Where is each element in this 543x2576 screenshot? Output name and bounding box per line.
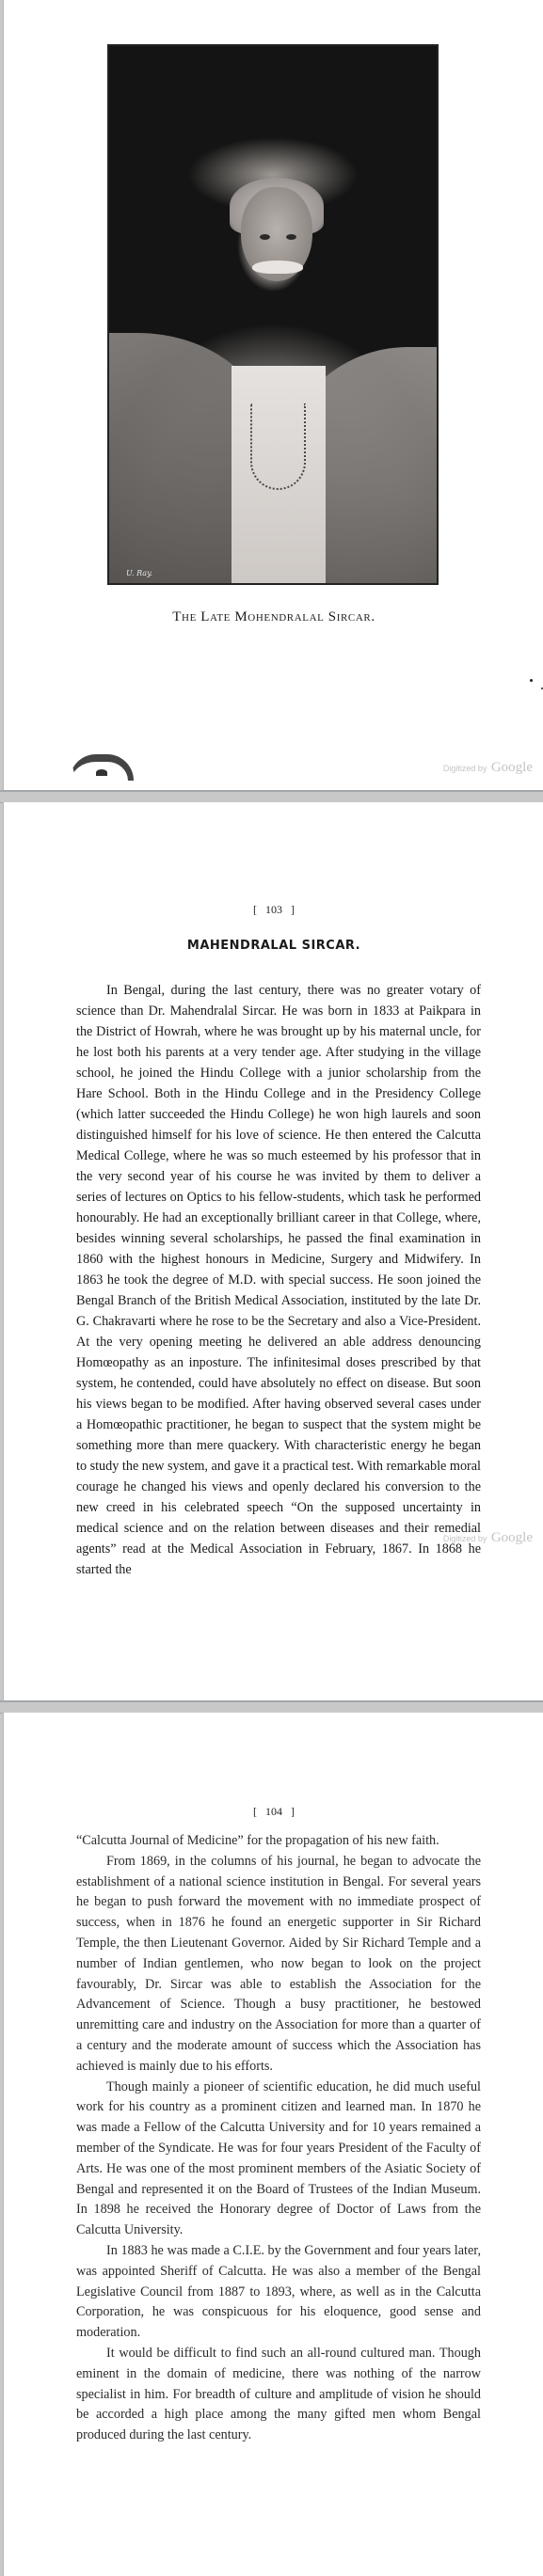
paragraph: From 1869, in the columns of his journal… [76,1852,481,2078]
portrait-mustache [252,261,303,274]
watermark-prefix: Digitized by [443,1534,487,1543]
portrait-eye-left [260,234,270,240]
page-number: [ 103 ] [4,903,543,917]
paragraph: In Bengal, during the last century, ther… [76,980,481,1580]
watermark-prefix: Digitized by [443,764,487,773]
paragraph: In 1883 he was made a C.I.E. by the Gove… [76,2241,481,2344]
scan-speck [530,679,533,682]
page-separator [0,790,543,803]
digitized-watermark: Digitized by Google [443,759,533,776]
plate-caption: The Late Mohendralal Sircar. [4,609,543,625]
article-body: In Bengal, during the last century, ther… [76,980,481,1580]
artist-signature: U. Ray. [126,569,152,577]
page-plate: U. Ray. The Late Mohendralal Sircar. Dig… [3,0,543,790]
digitized-watermark: Digitized by Google [443,1529,533,1546]
library-stamp-blob [96,769,107,776]
portrait-photograph: U. Ray. [107,44,439,585]
paragraph: Though mainly a pioneer of scientific ed… [76,2078,481,2241]
article-title: MAHENDRALAL SIRCAR. [4,939,543,953]
google-wordmark: Google [491,760,533,775]
page-103: [ 103 ] MAHENDRALAL SIRCAR. In Bengal, d… [3,802,543,1700]
google-wordmark: Google [491,1530,533,1545]
portrait-eye-right [286,234,296,240]
paragraph: It would be difficult to find such an al… [76,2344,481,2446]
page-104: [ 104 ] “Calcutta Journal of Medicine” f… [3,1713,543,2576]
page-separator [0,1700,543,1714]
page-number: [ 104 ] [4,1805,543,1819]
paragraph-continuation: “Calcutta Journal of Medicine” for the p… [76,1831,481,1852]
article-body: “Calcutta Journal of Medicine” for the p… [76,1831,481,2446]
portrait-watch-chain [250,403,306,490]
library-stamp-fragment [70,754,134,781]
